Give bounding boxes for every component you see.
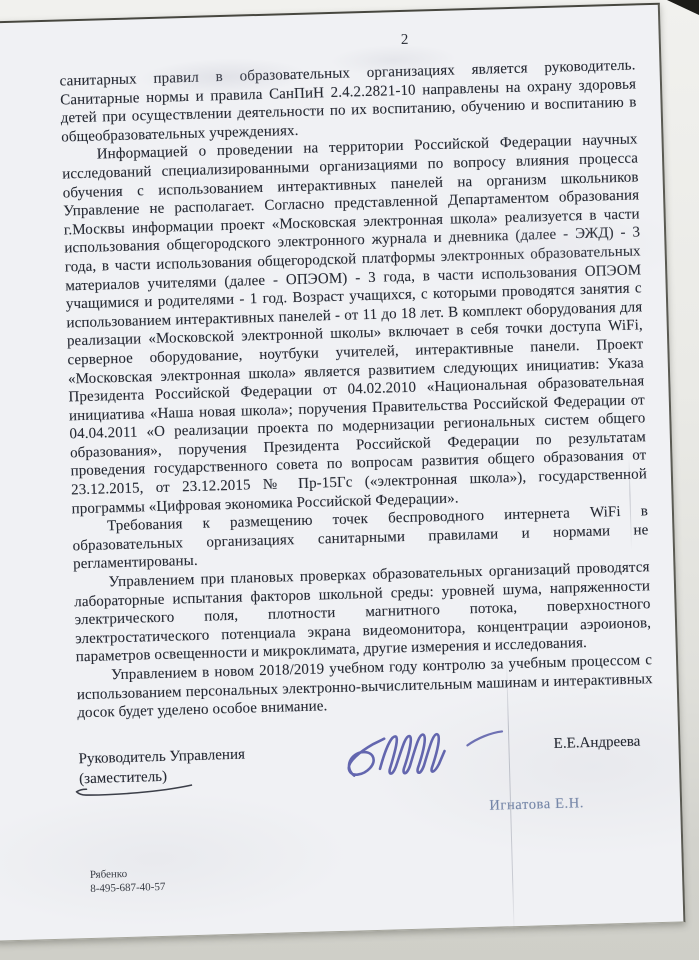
page-number: 2: [117, 24, 693, 57]
paragraph-mesh-project: Информацией о проведении на территории Р…: [62, 131, 648, 519]
paragraph-lab-tests: Управлением при плановых проверках образ…: [73, 558, 651, 667]
document-body: санитарных правил в образовательных орга…: [59, 56, 653, 723]
signature-block: Руководитель Управления (заместитель) Е.…: [78, 733, 655, 797]
signer-name: Е.Е.Андреева: [553, 733, 640, 752]
document-page: 2 санитарных правил в образовательных ор…: [0, 3, 685, 942]
approver-stamp-name: Игнатова Е.Н.: [80, 795, 584, 826]
scanned-document-viewport: 2 санитарных правил в образовательных ор…: [0, 0, 699, 960]
signer-title-deputy-wrap: (заместитель): [79, 767, 167, 789]
signature-scribble-icon: [339, 721, 516, 790]
handwritten-underline-stroke-icon: [73, 783, 195, 798]
executor-contact: Рябенко 8-495-687-40-57: [90, 852, 659, 896]
signer-title-block: Руководитель Управления (заместитель): [78, 742, 314, 789]
signer-title: Руководитель Управления: [78, 742, 313, 769]
scan-corner-shadow: [667, 0, 699, 15]
